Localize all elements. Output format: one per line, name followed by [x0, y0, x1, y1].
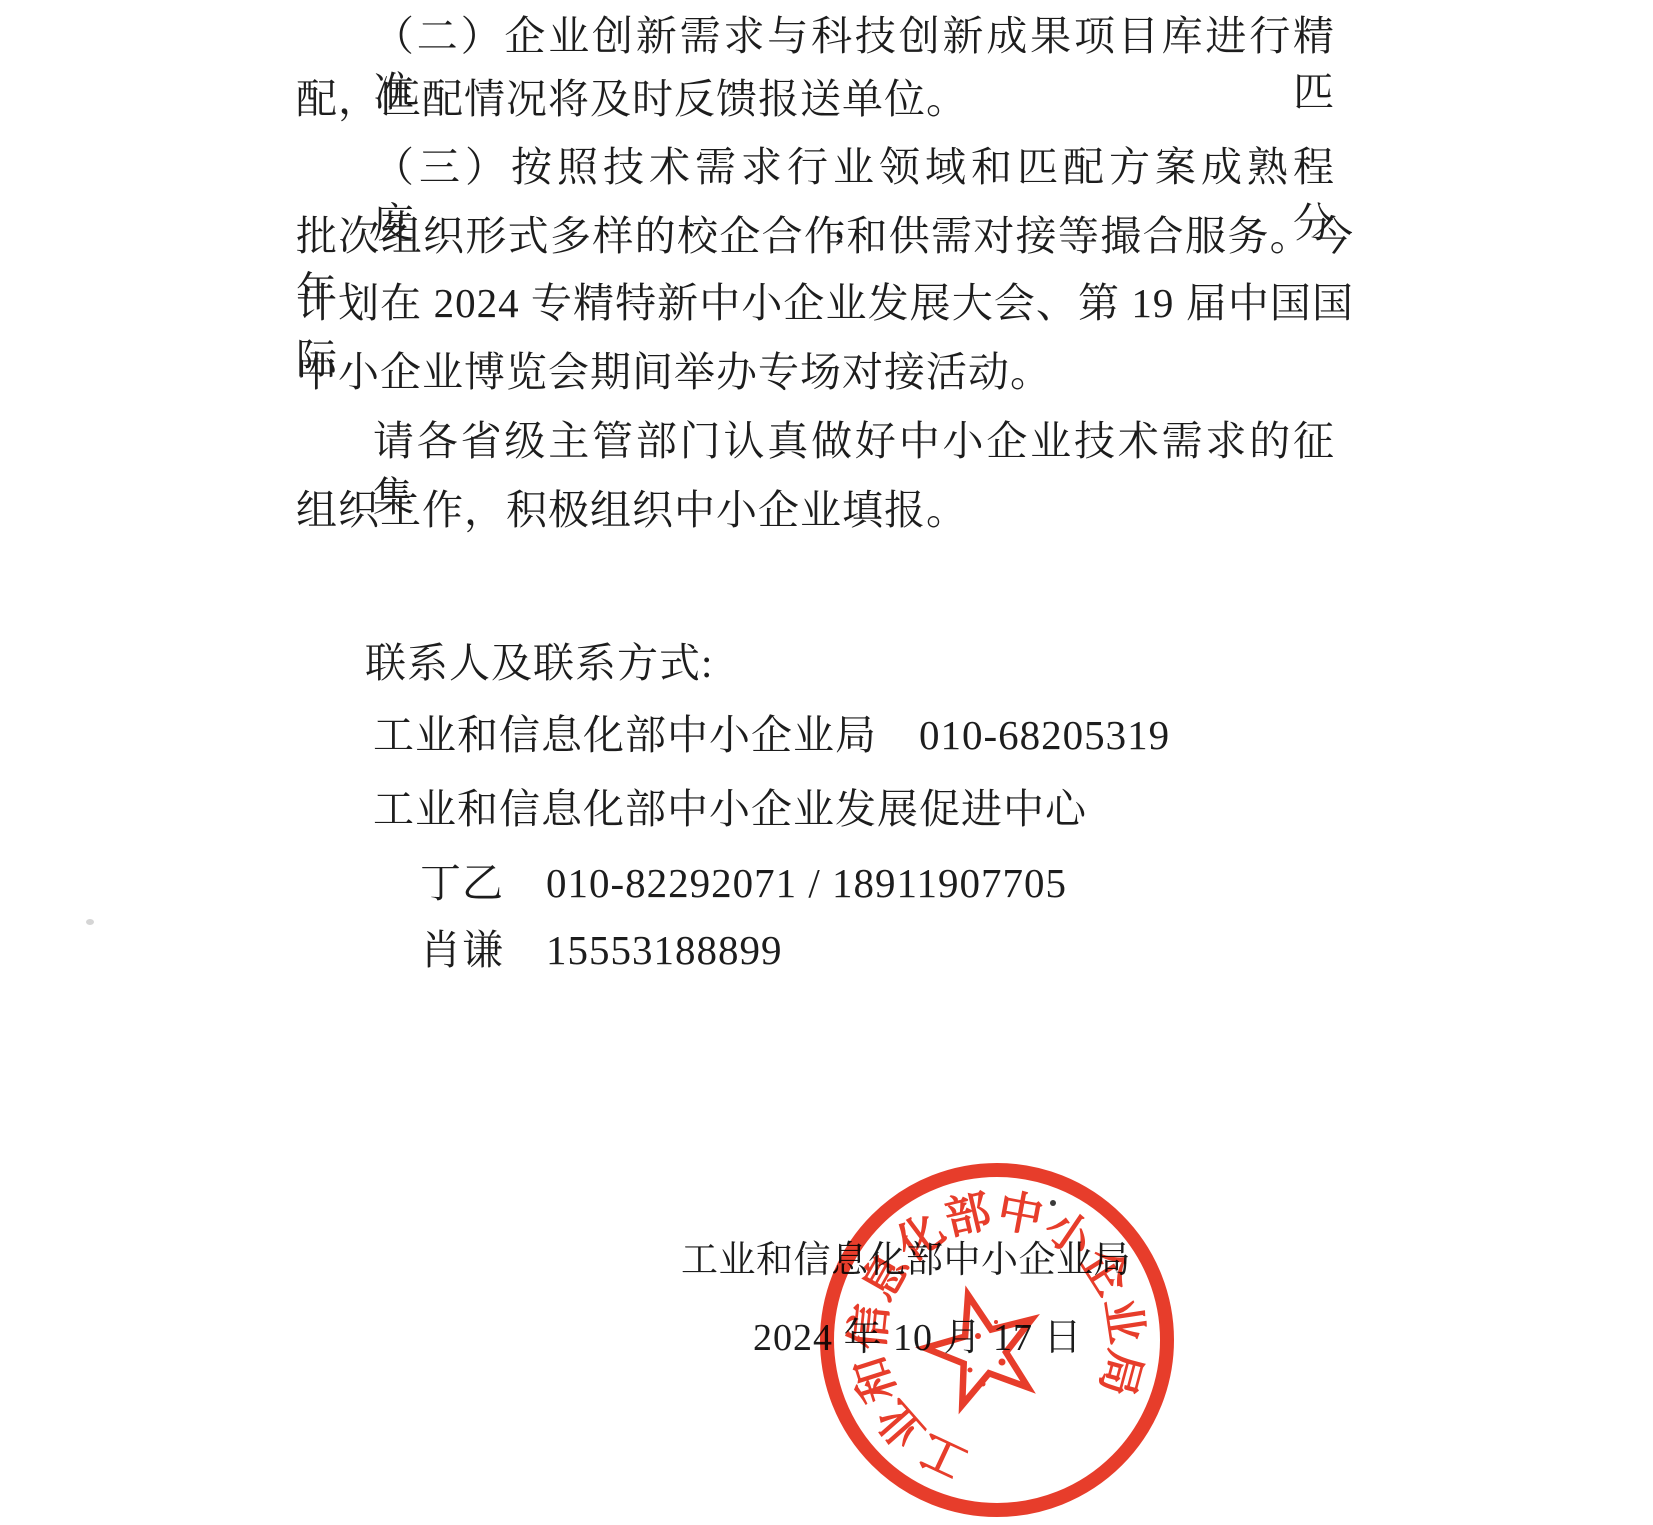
- body-line-8: 组织工作，积极组织中小企业填报。: [296, 482, 968, 538]
- contact-line-person-2: 肖谦 15553188899: [420, 922, 783, 978]
- seal-char: 局: [1091, 1345, 1151, 1401]
- scanned-document-page: （二）企业创新需求与科技创新成果项目库进行精准匹 配，匹配情况将及时反馈报送单位…: [0, 0, 1653, 1525]
- seal-ink-speckle: [994, 1320, 998, 1324]
- seal-ink-speckle: [968, 1368, 973, 1373]
- body-line-2: 配，匹配情况将及时反馈报送单位。: [296, 71, 968, 127]
- contact-line-bureau: 工业和信息化部中小企业局 010-68205319: [373, 707, 1170, 763]
- seal-char: 中: [994, 1185, 1047, 1242]
- seal-ink-speckle: [999, 1359, 1006, 1366]
- seal-char: 业: [1096, 1295, 1152, 1347]
- body-line-6: 中小企业博览会期间举办专场对接活动。: [296, 344, 1052, 400]
- body-line-4: 批次组织形式多样的校企合作和供需对接等撮合服务。今年: [296, 208, 1354, 264]
- official-red-seal: 工 业 和 信 息 化 部 中 小 企 业 局: [810, 1152, 1190, 1525]
- scan-artifact-dot: [86, 919, 94, 925]
- seal-char: 部: [940, 1186, 995, 1245]
- body-line-7: 请各省级主管部门认真做好中小企业技术需求的征集: [373, 413, 1335, 469]
- contact-line-center: 工业和信息化部中小企业发展促进中心: [373, 781, 1087, 837]
- seal-char: 信: [843, 1302, 897, 1352]
- seal-ink-speckle: [975, 1333, 981, 1339]
- contact-line-person-1: 丁乙 010-82292071 / 18911907705: [420, 855, 1067, 911]
- seal-ink-speckle: [981, 1382, 986, 1387]
- body-line-3: （三）按照技术需求行业领域和匹配方案成熟程度，分: [373, 139, 1335, 195]
- seal-star-icon: [925, 1295, 1032, 1405]
- body-line-1: （二）企业创新需求与科技创新成果项目库进行精准匹: [373, 8, 1335, 64]
- body-line-5: 计划在 2024 专精特新中小企业发展大会、第 19 届中国国际: [296, 275, 1354, 331]
- seal-ring-text: 工 业 和 信 息 化 部 中 小 企 业 局: [843, 1185, 1152, 1488]
- contact-heading: 联系人及联系方式:: [365, 635, 713, 691]
